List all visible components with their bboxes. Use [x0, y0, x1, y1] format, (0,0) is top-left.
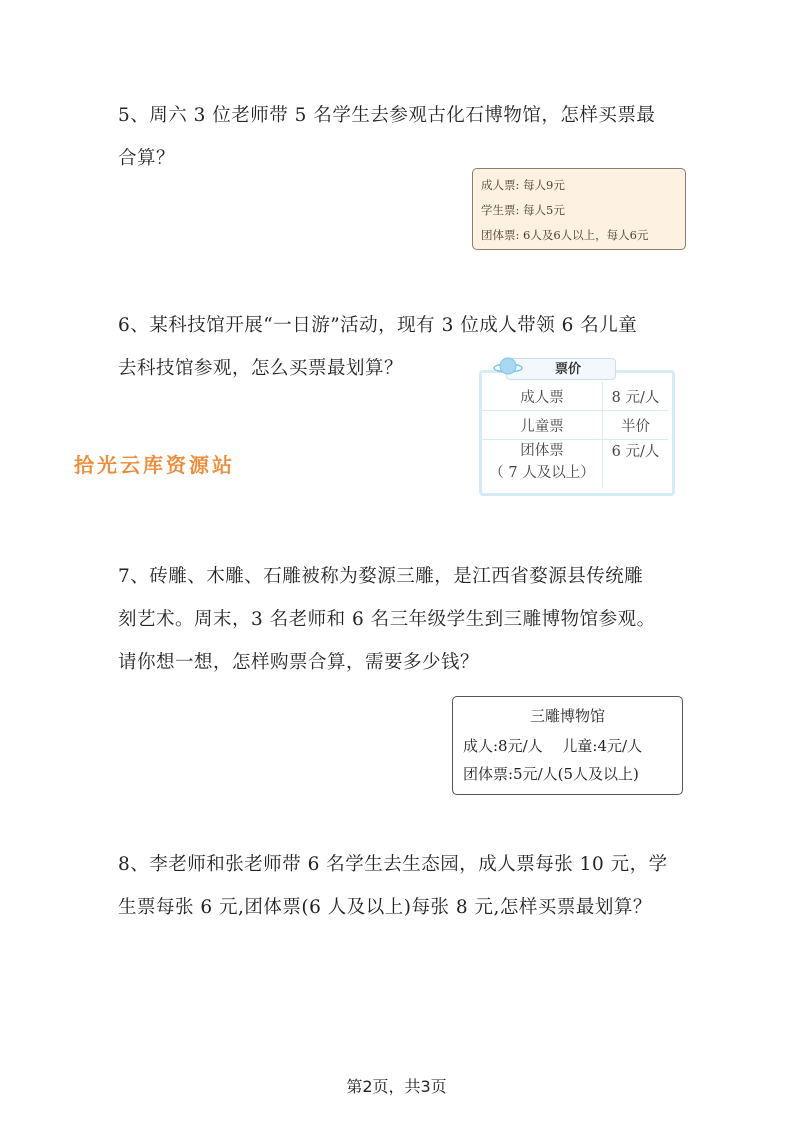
museum-title: 三雕博物馆 — [453, 705, 682, 726]
ticket-type: 团体票 — [482, 440, 602, 462]
ticket-price: 6 元/人 — [603, 440, 669, 489]
table-row: 团体票 （ 7 人及以上） 6 元/人 — [482, 440, 668, 489]
question-8-line-1: 8、李老师和张老师带 6 名学生去生态园，成人票每张 10 元，学 — [118, 843, 690, 886]
watermark: 拾光云库资源站 — [74, 449, 235, 478]
question-7-line-2: 刻艺术。周末，3 名老师和 6 名三年级学生到三雕博物馆参观。 — [118, 598, 690, 641]
question-7-line-1: 7、砖雕、木雕、石雕被称为婺源三雕，是江西省婺源县传统雕 — [118, 555, 690, 598]
museum-price-box: 三雕博物馆 成人:8元/人 儿童:4元/人 团体票:5元/人(5人及以上) — [452, 696, 683, 795]
planet-icon — [493, 357, 523, 377]
price-row-student: 学生票: 每人5元 — [481, 202, 565, 218]
ticket-note: （ 7 人及以上） — [482, 462, 602, 484]
ticket-price-box-q5: 成人票: 每人9元 学生票: 每人5元 团体票: 6人及6人以上，每人6元 — [472, 168, 686, 250]
price-table: 成人票 8 元/人 儿童票 半价 团体票 （ 7 人及以上） 6 元/人 — [482, 382, 668, 488]
question-5-line-1: 5、周六 3 位老师带 5 名学生去参观古化石博物馆，怎样买票最 — [118, 94, 690, 137]
ticket-price: 8 元/人 — [603, 382, 669, 411]
ticket-type: 儿童票 — [482, 411, 603, 440]
ticket-price: 半价 — [603, 411, 669, 440]
table-row: 儿童票 半价 — [482, 411, 668, 440]
question-8: 8、李老师和张老师带 6 名学生去生态园，成人票每张 10 元，学 生票每张 6… — [118, 843, 690, 929]
question-7-line-3: 请你想一想，怎样购票合算，需要多少钱？ — [118, 641, 690, 684]
museum-price-row-2: 团体票:5元/人(5人及以上) — [463, 763, 639, 784]
page-number: 第2页，共3页 — [0, 1074, 793, 1097]
question-6-line-1: 6、某科技馆开展“一日游”活动，现有 3 位成人带领 6 名儿童 — [118, 304, 690, 347]
table-row: 成人票 8 元/人 — [482, 382, 668, 411]
question-7: 7、砖雕、木雕、石雕被称为婺源三雕，是江西省婺源县传统雕 刻艺术。周末，3 名老… — [118, 555, 690, 684]
question-8-line-2: 生票每张 6 元,团体票(6 人及以上)每张 8 元,怎样买票最划算？ — [118, 886, 690, 929]
museum-price-row-1: 成人:8元/人 儿童:4元/人 — [463, 735, 642, 756]
price-row-group: 团体票: 6人及6人以上，每人6元 — [481, 227, 648, 243]
ticket-type-group: 团体票 （ 7 人及以上） — [482, 440, 603, 489]
price-row-adult: 成人票: 每人9元 — [481, 177, 565, 193]
ticket-type: 成人票 — [482, 382, 603, 411]
